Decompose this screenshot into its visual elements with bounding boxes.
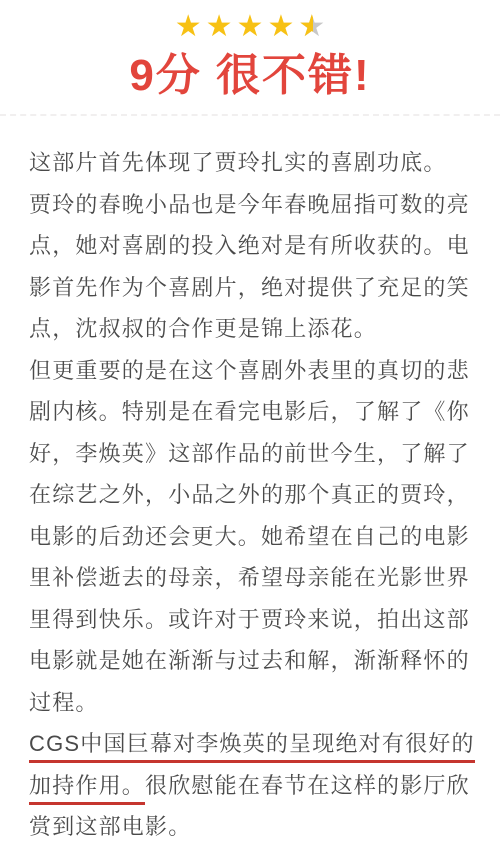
review-line: 这部片首先体现了贾玲扎实的喜剧功底。 bbox=[29, 142, 471, 184]
review-line: 过程。 bbox=[29, 682, 471, 724]
rating-header: ★★★★★★ 9分 很不错! bbox=[0, 0, 500, 100]
review-text: 电影就是她在渐渐与过去和解，渐渐释怀的 bbox=[29, 648, 470, 673]
review-text: 点，她对喜剧的投入绝对是有所收获的。电 bbox=[29, 233, 470, 258]
review-line: CGS中国巨幕对李焕英的呈现绝对有很好的 bbox=[29, 723, 471, 765]
star-full-icon: ★ bbox=[175, 8, 202, 46]
star-full-icon: ★ bbox=[237, 8, 264, 46]
review-body: 这部片首先体现了贾玲扎实的喜剧功底。贾玲的春晚小品也是今年春晚屈指可数的亮点，她… bbox=[0, 116, 500, 858]
star-rating: ★★★★★★ bbox=[0, 0, 500, 48]
review-line: 加持作用。很欣慰能在春节在这样的影厅欣 bbox=[29, 765, 471, 807]
review-line: 里得到快乐。或许对于贾玲来说，拍出这部 bbox=[29, 599, 471, 641]
review-line: 好，李焕英》这部作品的前世今生，了解了 bbox=[29, 433, 471, 475]
review-line: 贾玲的春晚小品也是今年春晚屈指可数的亮 bbox=[29, 184, 471, 226]
review-text: 影首先作为个喜剧片，绝对提供了充足的笑 bbox=[29, 275, 470, 300]
review-text-underlined: CGS中国巨幕对李焕英的呈现绝对有很好的 bbox=[29, 731, 475, 763]
review-line: 电影的后劲还会更大。她希望在自己的电影 bbox=[29, 516, 471, 558]
review-text: 很欣慰能在春节在这样的影厅欣 bbox=[145, 773, 470, 798]
review-text: 过程。 bbox=[29, 690, 99, 715]
review-line: 里补偿逝去的母亲，希望母亲能在光影世界 bbox=[29, 557, 471, 599]
star-half-icon: ★★ bbox=[298, 8, 325, 46]
review-text: 赏到这部电影。 bbox=[29, 814, 191, 839]
review-text: 好，李焕英》这部作品的前世今生，了解了 bbox=[29, 441, 470, 466]
review-text: 在综艺之外，小品之外的那个真正的贾玲， bbox=[29, 482, 470, 507]
star-half-fill: ★ bbox=[298, 8, 313, 46]
review-line: 在综艺之外，小品之外的那个真正的贾玲， bbox=[29, 474, 471, 516]
review-line: 影首先作为个喜剧片，绝对提供了充足的笑 bbox=[29, 267, 471, 309]
review-text: 剧内核。特别是在看完电影后，了解了《你 bbox=[29, 399, 470, 424]
review-text: 点，沈叔叔的合作更是锦上添花。 bbox=[29, 316, 377, 341]
review-line: 点，她对喜剧的投入绝对是有所收获的。电 bbox=[29, 225, 471, 267]
review-text: 贾玲的春晚小品也是今年春晚屈指可数的亮 bbox=[29, 192, 470, 217]
star-full-icon: ★ bbox=[267, 8, 294, 46]
review-line: 赏到这部电影。 bbox=[29, 806, 471, 848]
review-page: ★★★★★★ 9分 很不错! 这部片首先体现了贾玲扎实的喜剧功底。贾玲的春晚小品… bbox=[0, 0, 500, 859]
review-line: 剧内核。特别是在看完电影后，了解了《你 bbox=[29, 391, 471, 433]
review-text: 这部片首先体现了贾玲扎实的喜剧功底。 bbox=[29, 150, 447, 175]
review-line: 电影就是她在渐渐与过去和解，渐渐释怀的 bbox=[29, 640, 471, 682]
review-line: 点，沈叔叔的合作更是锦上添花。 bbox=[29, 308, 471, 350]
review-text: 里补偿逝去的母亲，希望母亲能在光影世界 bbox=[29, 565, 470, 590]
star-full-icon: ★ bbox=[206, 8, 233, 46]
review-line: 但更重要的是在这个喜剧外表里的真切的悲 bbox=[29, 350, 471, 392]
review-text: 电影的后劲还会更大。她希望在自己的电影 bbox=[29, 524, 470, 549]
review-text: 但更重要的是在这个喜剧外表里的真切的悲 bbox=[29, 358, 470, 383]
review-text-underlined: 加持作用。 bbox=[29, 773, 145, 805]
score-title: 9分 很不错! bbox=[0, 52, 500, 100]
review-text: 里得到快乐。或许对于贾玲来说，拍出这部 bbox=[29, 607, 470, 632]
